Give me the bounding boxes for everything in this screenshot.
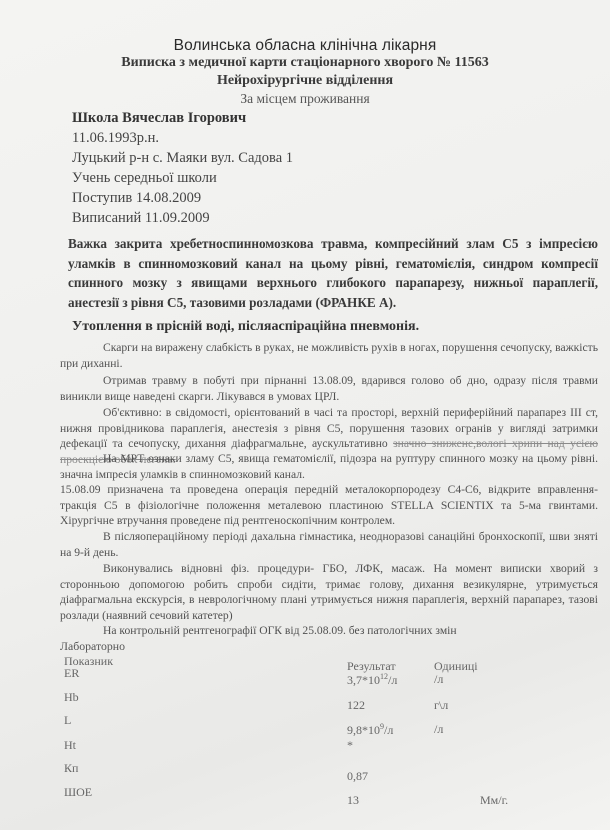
lab-units: г\л xyxy=(434,698,448,713)
lab-result: 122 xyxy=(347,698,365,713)
document-title: Виписка з медичної карти стаціонарного х… xyxy=(0,55,610,71)
patient-address: Луцький р-н с. Маяки вул. Садова 1 xyxy=(72,150,293,167)
patient-occupation: Учень середньої школи xyxy=(72,170,217,187)
lab-result: 9,8*109/л xyxy=(347,722,393,738)
lab-row-shoe-values: 13 Мм/г. xyxy=(0,793,610,809)
department-name: Нейрохірургічне відділення xyxy=(0,73,610,89)
complaints-paragraph: Скарги на виражену слабкість в руках, не… xyxy=(60,340,598,371)
history-paragraph: Отримав травму в побуті при пірнанні 13.… xyxy=(60,373,598,404)
postop-paragraph: В післяопераційному періоді дахальна гім… xyxy=(60,529,598,560)
lab-units: /л xyxy=(434,672,443,687)
operation-paragraph: 15.08.09 призначена та проведена операці… xyxy=(60,482,598,529)
lab-row-l-values: 9,8*109/л /л xyxy=(0,722,610,738)
lab-result: * xyxy=(347,738,353,753)
lab-row-hb-values: 122 г\л xyxy=(0,698,610,714)
lab-result: 13 xyxy=(347,793,359,808)
lab-title: Лабораторно xyxy=(60,639,125,654)
rehab-paragraph: Виконувались відновні фіз. процедури- ГБ… xyxy=(60,561,598,623)
mri-paragraph: На МРТ ознаки зламу С5, явища гематомієл… xyxy=(60,451,598,482)
lab-result: 0,87 xyxy=(347,769,368,784)
patient-birth: 11.06.1993р.н. xyxy=(72,130,159,147)
admission-date: Поступив 14.08.2009 xyxy=(72,190,201,207)
lab-row-kp-values: 0,87 xyxy=(0,769,610,785)
lab-row-er-values: 3,7*1012/л /л xyxy=(0,672,610,688)
secondary-diagnosis: Утоплення в прісній воді, післяаспірацій… xyxy=(72,319,419,335)
hospital-name: Волинська обласна клінічна лікарня xyxy=(0,37,610,55)
discharge-date: Виписаний 11.09.2009 xyxy=(72,210,210,227)
patient-name: Школа Вячеслав Ігорович xyxy=(72,110,246,127)
xray-paragraph: На контрольній рентгенографії ОГК від 25… xyxy=(60,623,598,639)
lab-indicator: Ht xyxy=(64,738,76,753)
main-diagnosis: Важка закрита хребетноспинномозкова трав… xyxy=(68,234,598,312)
residence-note: За місцем проживання xyxy=(0,91,610,107)
scanned-page: Волинська обласна клінічна лікарня Випис… xyxy=(0,0,610,830)
lab-units: Мм/г. xyxy=(480,793,508,808)
lab-units: /л xyxy=(434,722,443,737)
lab-row-ht: Ht * xyxy=(0,738,610,754)
lab-result: 3,7*1012/л xyxy=(347,672,397,688)
